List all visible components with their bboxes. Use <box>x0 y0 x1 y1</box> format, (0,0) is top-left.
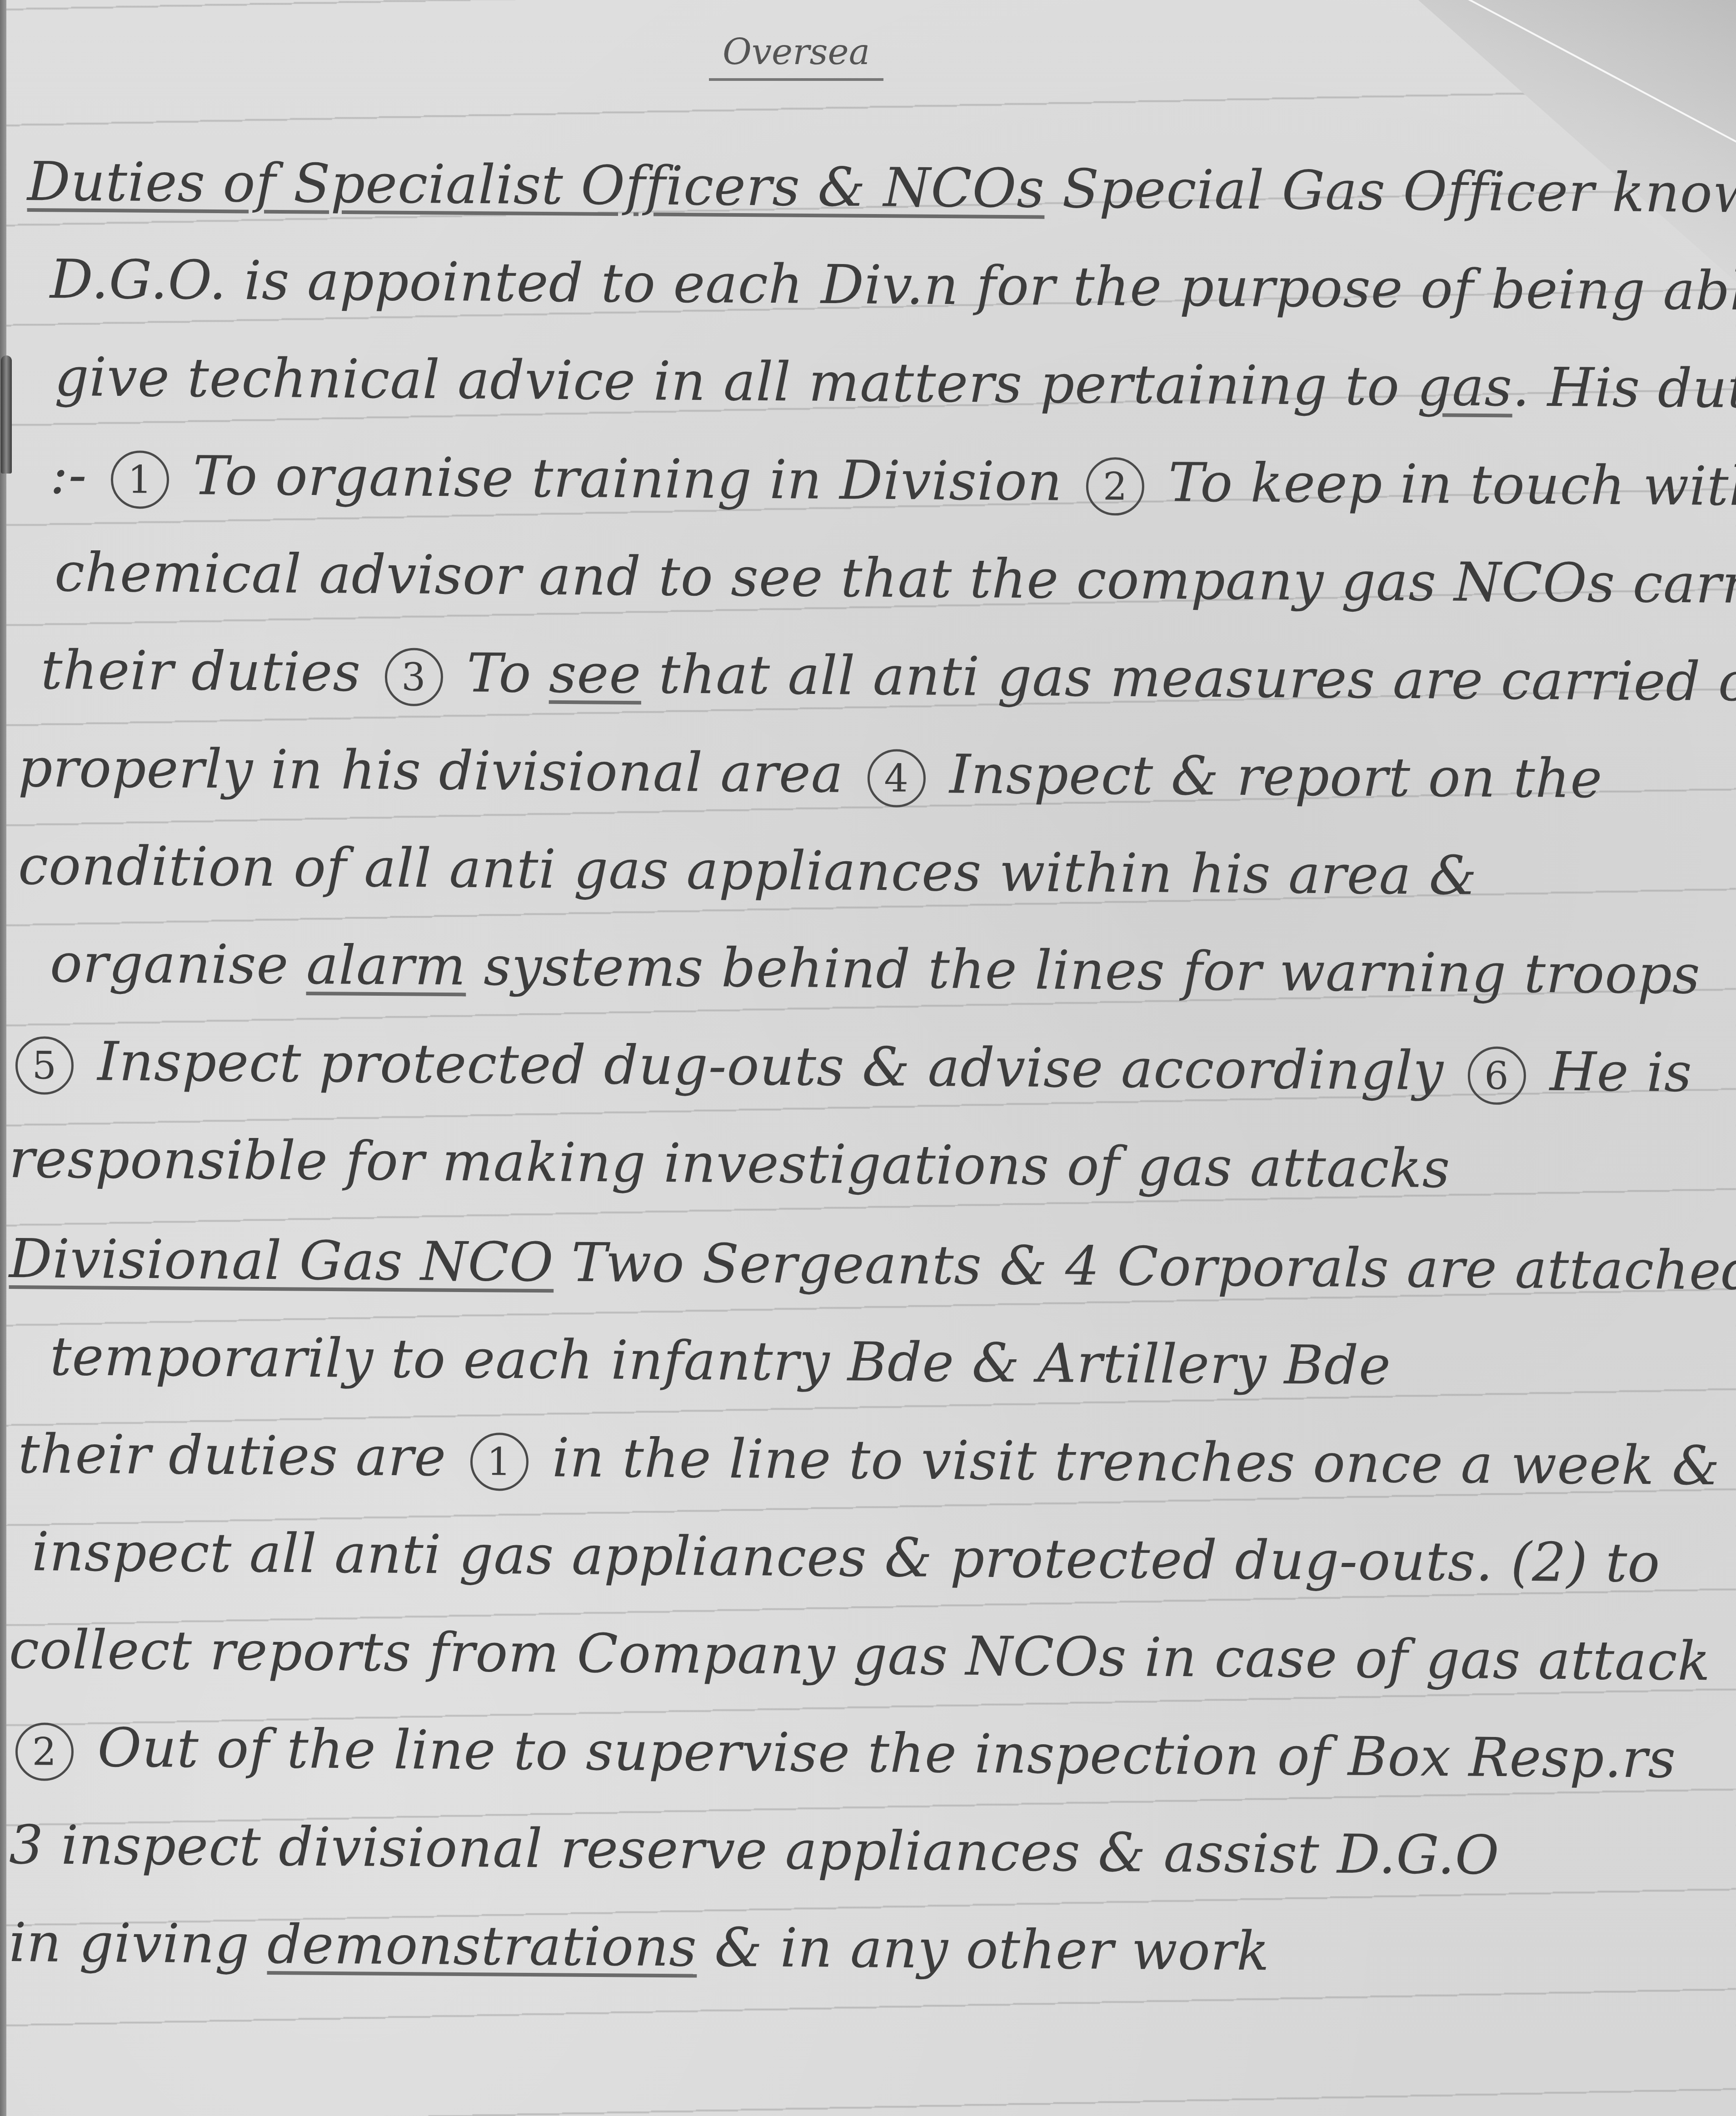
text-line: D.G.O. is appointed to each Div.n for th… <box>50 248 1736 323</box>
text-line: collect reports from Company gas NCOs in… <box>9 1618 1711 1692</box>
text-line: in giving demonstrations & in any other … <box>9 1911 1270 1982</box>
circled-number: 2 <box>15 1723 74 1782</box>
text-line: :- 1 To organise training in Division 2 … <box>50 443 1736 521</box>
section-title: Duties of Specialist Officers & NCOs <box>27 150 1045 220</box>
text-line: Divisional Gas NCO Two Sergeants & 4 Cor… <box>9 1227 1736 1302</box>
text-line: Duties of Specialist Officers & NCOs Spe… <box>27 150 1736 225</box>
circled-number: 1 <box>111 450 170 509</box>
text-line: properly in his divisional area 4 Inspec… <box>18 736 1602 813</box>
circled-number: 3 <box>384 648 443 707</box>
text-line: responsible for making investigations of… <box>9 1127 1451 1200</box>
text-line: their duties 3 To see that all anti gas … <box>40 639 1736 716</box>
text-line: inspect all anti gas appliances & protec… <box>32 1520 1661 1594</box>
circled-number: 2 <box>1086 457 1145 516</box>
text-line: their duties are 1 in the line to visit … <box>18 1422 1720 1500</box>
text-line: 3 inspect divisional reserve appliances … <box>9 1813 1500 1886</box>
staple-icon <box>1 355 12 474</box>
page-heading: Oversea <box>709 32 883 81</box>
circled-number: 4 <box>867 749 926 808</box>
text-line: organise alarm systems behind the lines … <box>50 932 1701 1006</box>
notebook-page: Oversea Duties of Specialist Officers & … <box>0 0 1736 2116</box>
circled-number: 1 <box>470 1432 529 1491</box>
text-line: condition of all anti gas appliances wit… <box>18 834 1477 907</box>
circled-number: 5 <box>15 1037 74 1095</box>
circled-number: 6 <box>1467 1047 1526 1105</box>
page-binding-edge <box>0 0 6 2116</box>
text-line: 2 Out of the line to supervise the inspe… <box>9 1716 1676 1792</box>
text-line: temporarily to each infantry Bde & Artil… <box>50 1325 1392 1397</box>
folded-corner <box>1391 0 1736 282</box>
text-line: chemical advisor and to see that the com… <box>55 541 1736 616</box>
text-line: 5 Inspect protected dug-outs & advise ac… <box>9 1029 1692 1106</box>
text-line: give technical advice in all matters per… <box>55 345 1736 421</box>
section-title: Divisional Gas NCO <box>9 1227 554 1293</box>
